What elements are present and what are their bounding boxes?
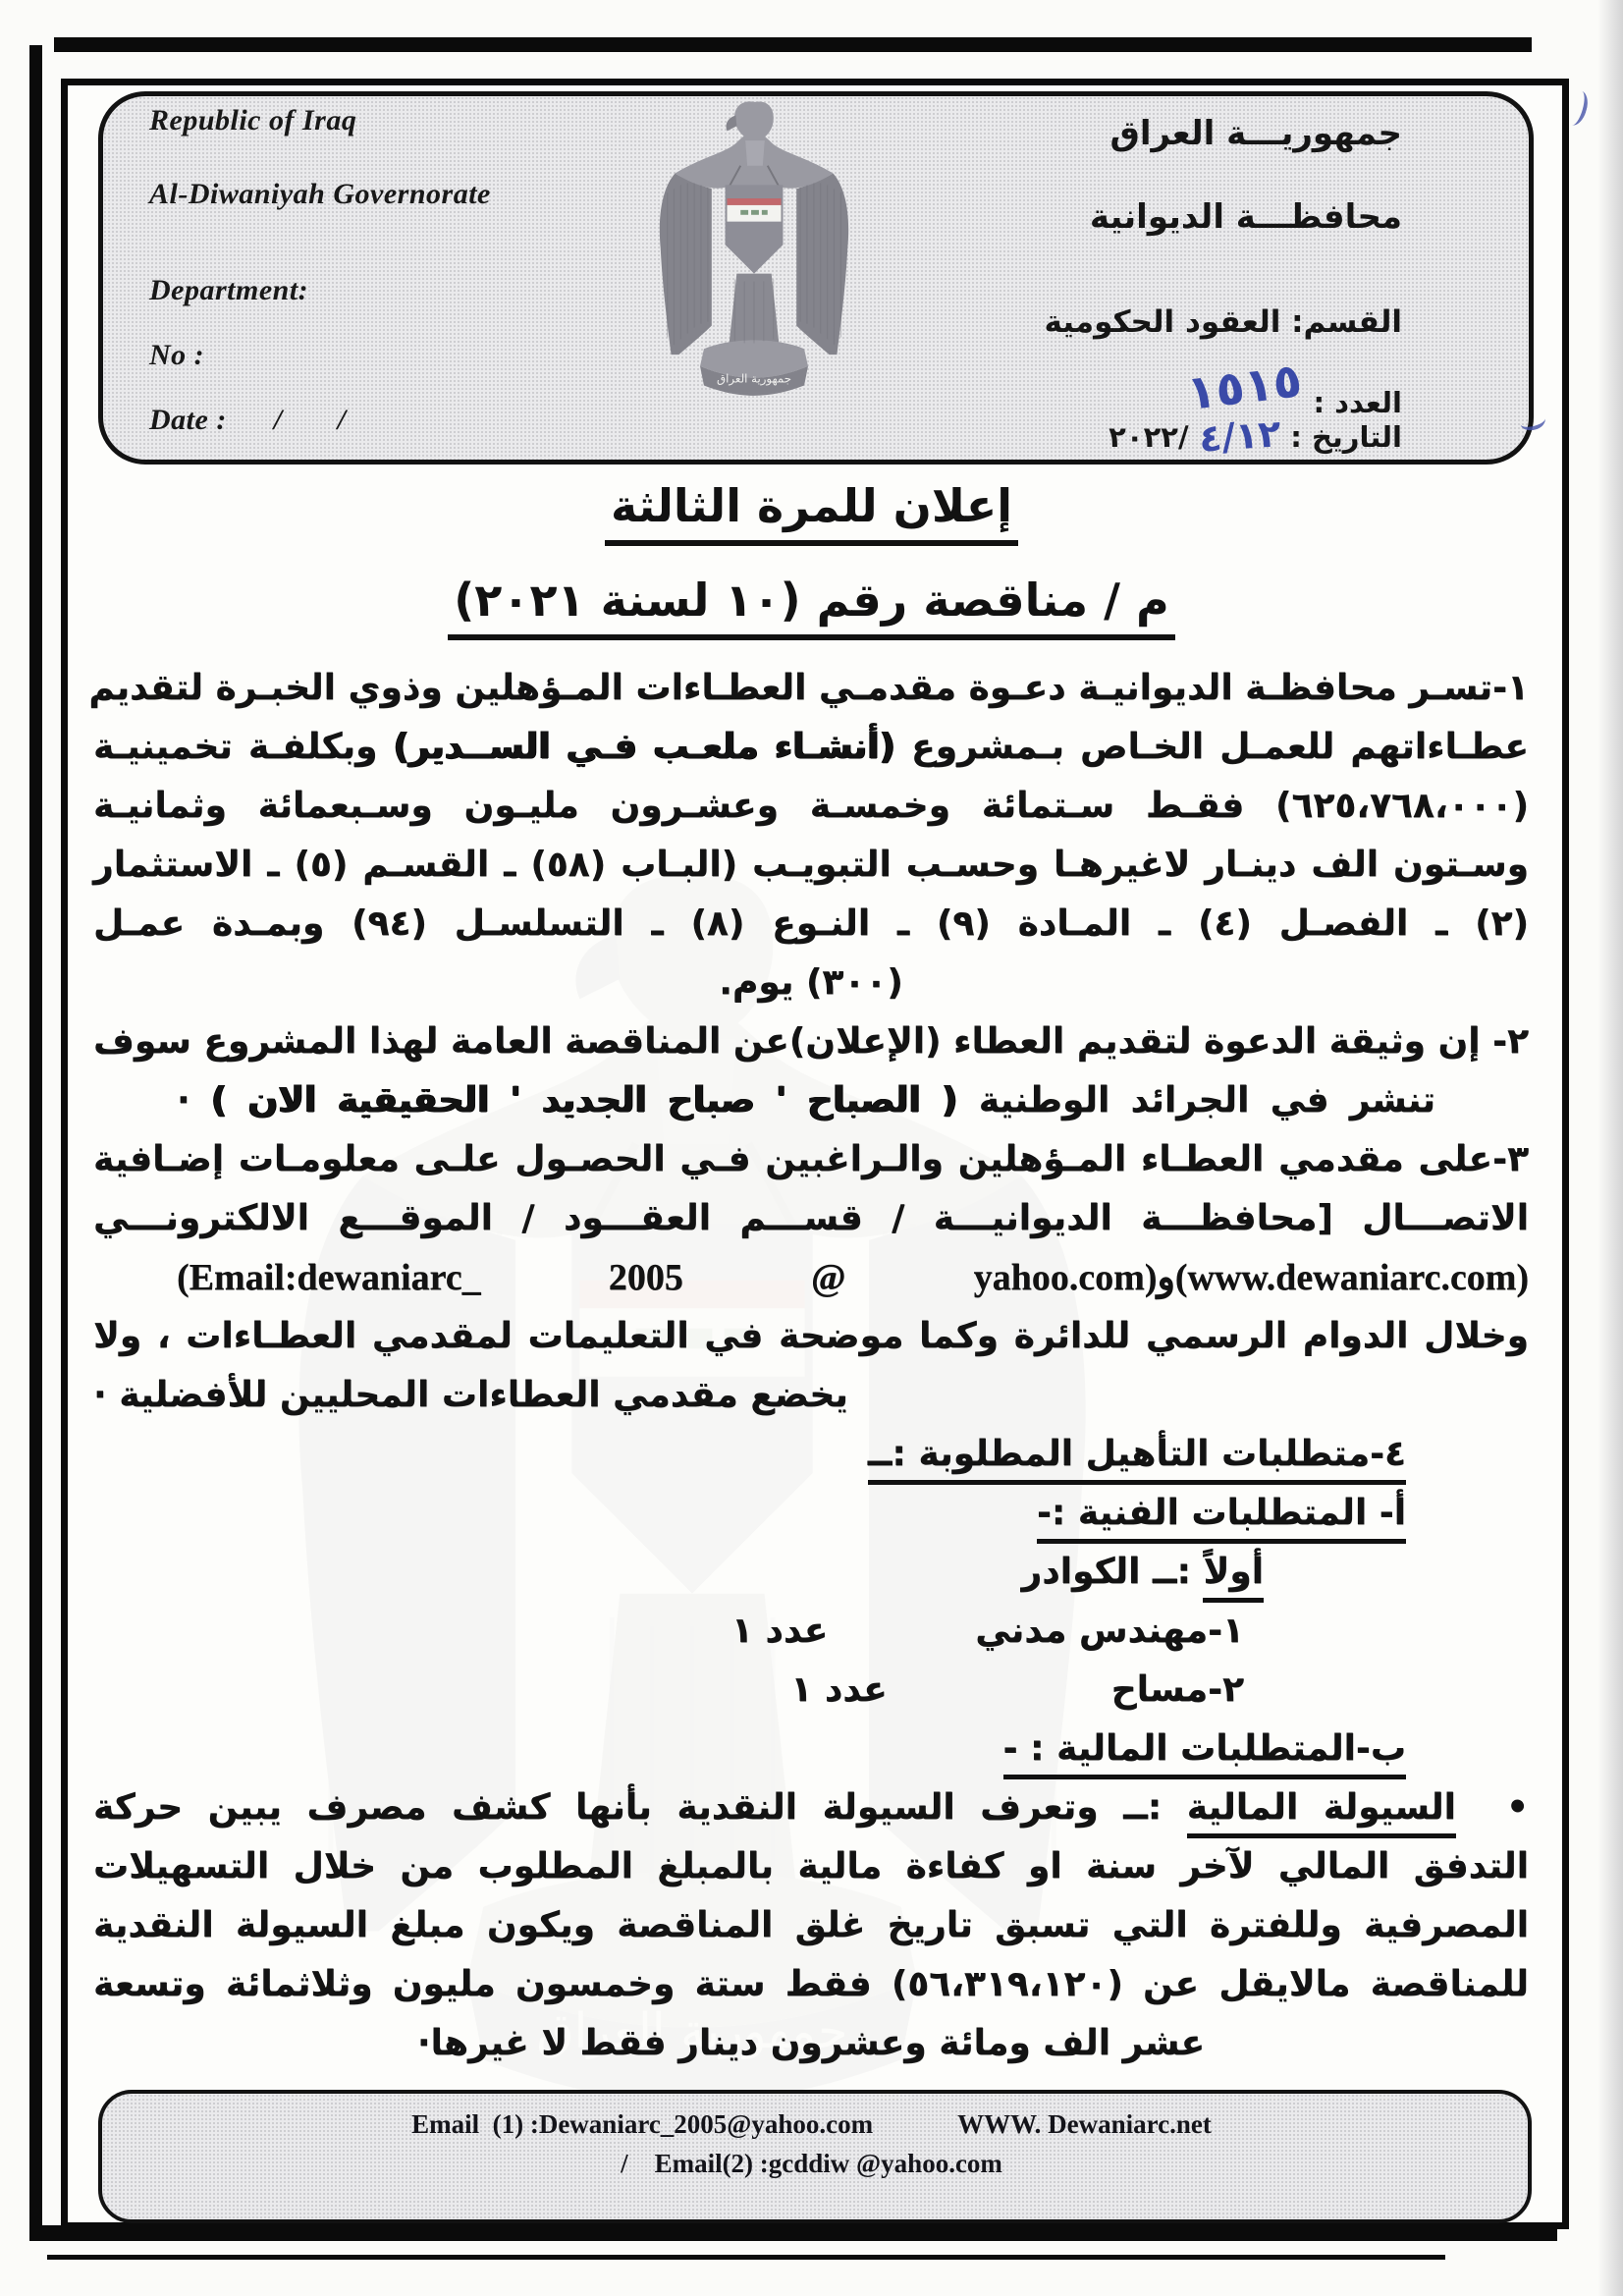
scan-edge-bottom-shadow [47, 2255, 1445, 2260]
clause3-line2-contact: الاتصـــال [محافظـــة الديوانيـــة / قسـ… [93, 1190, 1529, 1249]
footer-website: WWW. Dewaniarc.net [957, 2109, 1212, 2139]
announcement-title: إعلان للمرة الثالثة [605, 479, 1018, 546]
letterhead-section-ar: القسم: العقود الحكومية [1044, 304, 1402, 340]
technical-requirements-text: أ- المتطلبات الفنية :- [1037, 1493, 1406, 1544]
scan-right-shadow [1597, 0, 1623, 2296]
clause4-heading: ٤-متطلبات التأهيل المطلوبة :ــ [93, 1426, 1529, 1485]
liquidity-line2: التدفق المالي لآخر سنة او كفاءة مالية با… [93, 1838, 1529, 1897]
cadre1-title: ١-مهندس مدني [975, 1611, 1244, 1651]
project-name: (أنشـاء ملعـب فـي الســدير) [393, 727, 895, 767]
letterhead-governorate-en: Al-Diwaniyah Governorate [149, 178, 491, 211]
clause1-line1: ١-تسـر محافظـة الديوانيـة دعـوة مقدمـي ا… [93, 660, 1529, 719]
liquidity-term: السيولة المالية [1187, 1787, 1456, 1838]
cadre2-count: عدد ١ [790, 1669, 887, 1710]
cadre-row-surveyor: ٢-مساحعدد ١ [93, 1662, 1529, 1721]
footer-line1: Email (1) :Dewaniarc_2005@yahoo.comWWW. … [0, 2109, 1623, 2140]
announcement-title-row: إعلان للمرة الثالثة [0, 479, 1623, 546]
letterhead-country-ar: جمهوريـــة العراق [1109, 114, 1402, 153]
clause1-line5-budget-coding: (٢) ـ الفصـل (٤) ـ المـادة (٩) ـ النـوع … [93, 896, 1529, 955]
footer-email1: Email (1) :Dewaniarc_2005@yahoo.com [411, 2109, 873, 2139]
iraq-coat-of-arms-emblem [648, 96, 860, 414]
financial-requirements-text: ب-المتطلبات المالية : - [1003, 1728, 1406, 1779]
first-cadres-heading: أولاً :ــ الكوادر [93, 1544, 1529, 1603]
footer-email2: / Email(2) :gcddiw @yahoo.com [621, 2149, 1002, 2178]
announcement-body: ١-تسـر محافظـة الديوانيـة دعـوة مقدمـي ا… [93, 660, 1529, 2074]
clause2-line1: ٢- إن وثيقة الدعوة لتقديم العطاء (الإعلا… [93, 1013, 1529, 1072]
clause2-line2-post: · [177, 1080, 211, 1121]
cadres-label: :ــ الكوادر [1021, 1552, 1203, 1592]
date-year-printed: ٢٠٢٢/ [1109, 420, 1199, 454]
cadre2-title: ٢-مساح [1111, 1669, 1244, 1710]
letterhead-number-label-en: No : [149, 339, 204, 372]
newspaper-names: ( الصباح ' صباح الجديد ' الحقيقية الان ) [211, 1080, 958, 1121]
clause2-line2-pre: تنشر في الجرائد الوطنية [958, 1080, 1435, 1121]
clause4-heading-text: ٤-متطلبات التأهيل المطلوبة :ــ [868, 1434, 1406, 1485]
cadre-row-civil-engineer: ١-مهندس مدنيعدد ١ [93, 1603, 1529, 1662]
financial-requirements-heading: ب-المتطلبات المالية : - [93, 1721, 1529, 1779]
clause3-line3-email-website: (Email:dewaniarc_ 2005 @ yahoo.com)و(www… [93, 1249, 1529, 1308]
liquidity-line5: عشر الف ومائة وعشرون دينار فقط لا غيرها· [93, 2015, 1529, 2074]
bullet-dot: • [1506, 1787, 1529, 1828]
clause1-line6-duration: (٣٠٠) يوم. [93, 955, 1529, 1013]
clause1-line4-budget-coding: وسـتون الف دينـار لاغيرهـا وحسـب التبويـ… [93, 837, 1529, 896]
tender-subject-row: م / مناقصة رقم (١٠ لسنة ٢٠٢١) [0, 574, 1623, 640]
tender-subject: م / مناقصة رقم (١٠ لسنة ٢٠٢١) [448, 574, 1174, 640]
technical-requirements-heading: أ- المتطلبات الفنية :- [93, 1485, 1529, 1544]
clause1-line2-post: وبكلفـة تخمينيـة [93, 727, 393, 767]
scan-edge-left [29, 45, 42, 2229]
first-word: أولاً [1203, 1552, 1264, 1603]
liquidity-line1: • السيولة المالية :ــ وتعرف السيولة النق… [93, 1779, 1529, 1838]
letterhead-governorate-ar: محافظـــة الديوانية [1090, 197, 1402, 237]
liquidity-line1-rest: :ــ وتعرف السيولة النقدية بأنها كشف مصرف… [93, 1787, 1187, 1828]
scan-edge-top [54, 37, 1532, 52]
liquidity-line3: المصرفية وللفترة التي تسبق تاريخ غلق الم… [93, 1897, 1529, 1956]
clause3-line5: يخضع مقدمي العطاءات المحليين للأفضلية · [93, 1367, 1529, 1426]
clause3-line4: وخلال الدوام الرسمي للدائرة وكما موضحة ف… [93, 1308, 1529, 1367]
date-label: التاريخ : [1290, 420, 1402, 454]
clause1-line2: عطـاءاتهم للعمـل الخـاص بـمشروع (أنشـاء … [93, 719, 1529, 778]
letterhead-department-label-en: Department: [149, 274, 308, 307]
footer-line2: / Email(2) :gcddiw @yahoo.com [0, 2149, 1623, 2179]
cadre1-count: عدد ١ [731, 1611, 828, 1651]
letterhead-country-en: Republic of Iraq [149, 104, 356, 137]
clause1-line2-pre: عطـاءاتهم للعمـل الخـاص بـمشروع [895, 727, 1529, 767]
clause3-line1: ٣-على مقدمي العطـاء المـؤهلين والـراغبين… [93, 1131, 1529, 1190]
scan-edge-bottom [29, 2225, 1557, 2241]
clause1-line3-estimated-cost: (٦٢٥،٧٦٨،٠٠٠) فقـط سـتمائة وخمسـة وعشـرو… [93, 778, 1529, 837]
letterhead-date-label-en: Date : / / [149, 404, 346, 437]
letterhead-date-row: التاريخ : ٢٠٢٢/ ٤/١٢ [1109, 412, 1402, 456]
liquidity-line4-amount: للمناقصة مالايقل عن (٥٦،٣١٩،١٢٠) فقط ستة… [93, 1956, 1529, 2015]
clause2-line2-newspapers: تنشر في الجرائد الوطنية ( الصباح ' صباح … [93, 1072, 1529, 1131]
handwritten-date: ٤/١٢ [1197, 411, 1281, 461]
scanned-tender-announcement-page: Republic of Iraq Al-Diwaniyah Governorat… [0, 0, 1623, 2296]
